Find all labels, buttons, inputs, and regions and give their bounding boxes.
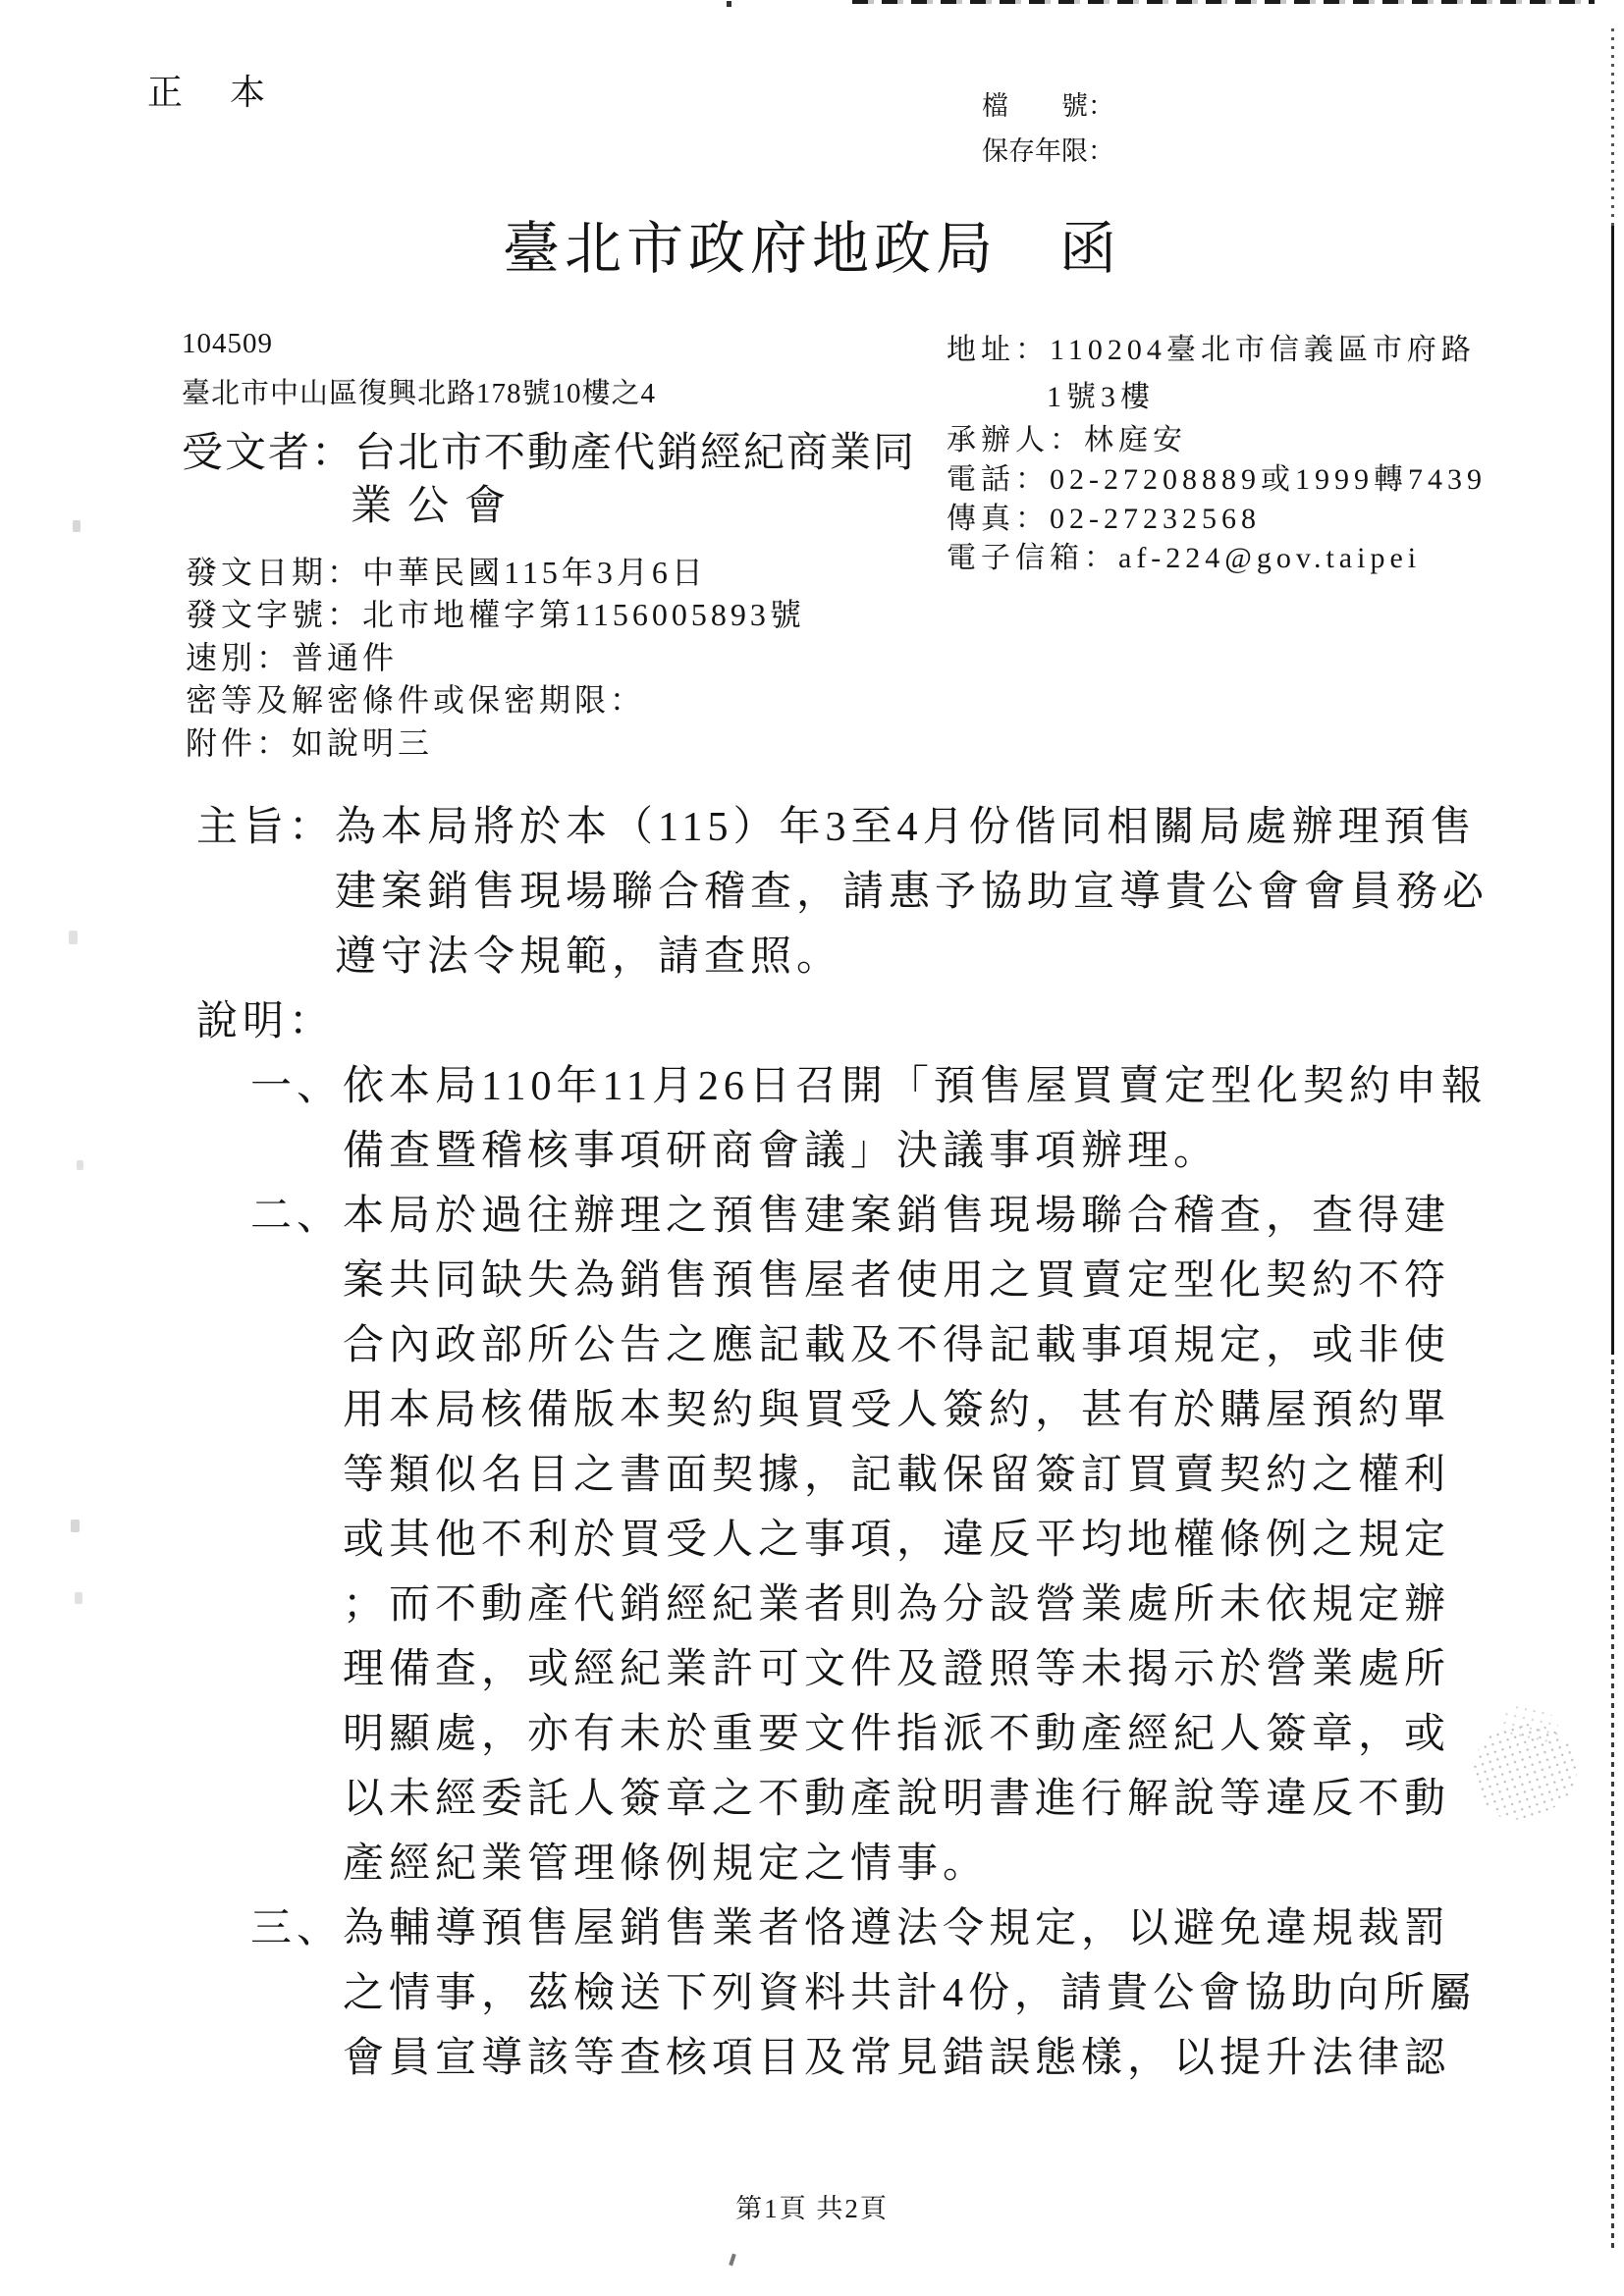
scan-artifact-right-edge-top: [1611, 25, 1614, 226]
scan-artifact-speck: [75, 1592, 82, 1604]
scanned-letter-page: 正 本 檔 號： 保存年限： 臺北市政府地政局 函 104509 臺北市中山區復…: [0, 0, 1624, 2296]
contact-fax: 傳真：02-27232568: [947, 494, 1555, 537]
scan-artifact-speck: [73, 520, 81, 532]
explanation-item-number: 一、: [250, 1054, 343, 1119]
contact-email: 電子信箱：af-224@gov.taipei: [947, 533, 1555, 576]
security-class: 密等及解密條件或保密期限：: [186, 675, 645, 721]
scan-artifact-right-edge-bottom: [1611, 1355, 1614, 2248]
file-number-label: 檔 號：: [982, 84, 1114, 123]
explanation-item-1: 一、 依本局110年11月26日召開「預售屋買賣定型化契約申報 備查暨稽核事項研…: [250, 1054, 1532, 1184]
document-number: 發文字號：北市地權字第1156005893號: [186, 590, 805, 635]
recipient-line-2: 業公會: [351, 473, 521, 532]
recipient-line-1: 受文者：台北市不動產代銷經紀商業同: [182, 420, 916, 479]
retention-period-label: 保存年限：: [982, 130, 1114, 168]
page-number: 第1頁 共2頁: [0, 2187, 1624, 2225]
bureau-address-line-2: 1號3樓: [1047, 372, 1624, 415]
speed-class: 速別：普通件: [186, 633, 398, 678]
subject-text: 為本局將於本（115）年3至4月份偕同相關局處辦理預售 建案銷售現場聯合稽查，請…: [335, 795, 1532, 989]
explanation-item-text: 依本局110年11月26日召開「預售屋買賣定型化契約申報 備查暨稽核事項研商會議…: [343, 1054, 1532, 1184]
contact-person: 承辦人：林庭安: [947, 415, 1555, 458]
contact-phone: 電話：02-27208889或1999轉7439: [947, 454, 1555, 498]
attachment-note: 附件：如說明三: [186, 719, 433, 764]
subject-label: 主旨：: [196, 795, 335, 860]
subject-section: 主旨： 為本局將於本（115）年3至4月份偕同相關局處辦理預售 建案銷售現場聯合…: [196, 795, 1532, 989]
explanation-label: 說明：: [196, 989, 1532, 1054]
explanation-item-3: 三、 為輔導預售屋銷售業者恪遵法令規定，以避免違規裁罰 之情事，茲檢送下列資料共…: [250, 1896, 1532, 2091]
copy-type-label: 正 本: [147, 65, 271, 115]
explanation-item-text: 本局於過往辦理之預售建案銷售現場聯合稽查，查得建 案共同缺失為銷售預售屋者使用之…: [343, 1184, 1532, 1896]
issue-date: 發文日期：中華民國115年3月6日: [186, 548, 707, 593]
explanation-item-text: 為輔導預售屋銷售業者恪遵法令規定，以避免違規裁罰 之情事，茲檢送下列資料共計4份…: [343, 1896, 1532, 2091]
scan-artifact-speck: [69, 931, 78, 944]
explanation-item-number: 二、: [250, 1184, 343, 1249]
scan-artifact-speck: [729, 2254, 736, 2267]
explanation-item-2: 二、 本局於過往辦理之預售建案銷售現場聯合稽查，查得建 案共同缺失為銷售預售屋者…: [250, 1184, 1532, 1896]
letter-body: 主旨： 為本局將於本（115）年3至4月份偕同相關局處辦理預售 建案銷售現場聯合…: [196, 795, 1532, 2091]
recipient-street-address: 臺北市中山區復興北路178號10樓之4: [182, 371, 656, 411]
bureau-address-line-1: 地址：110204臺北市信義區市府路: [947, 325, 1555, 368]
scan-artifact-top-edge: [852, 0, 1595, 4]
scan-artifact-speck: [71, 1520, 80, 1532]
document-title: 臺北市政府地政局 函: [0, 202, 1624, 285]
scan-artifact-speck: [77, 1160, 83, 1170]
explanation-item-number: 三、: [250, 1896, 343, 1961]
scan-artifact-top-tick: [727, 1, 731, 7]
recipient-postal-code: 104509: [182, 328, 273, 360]
